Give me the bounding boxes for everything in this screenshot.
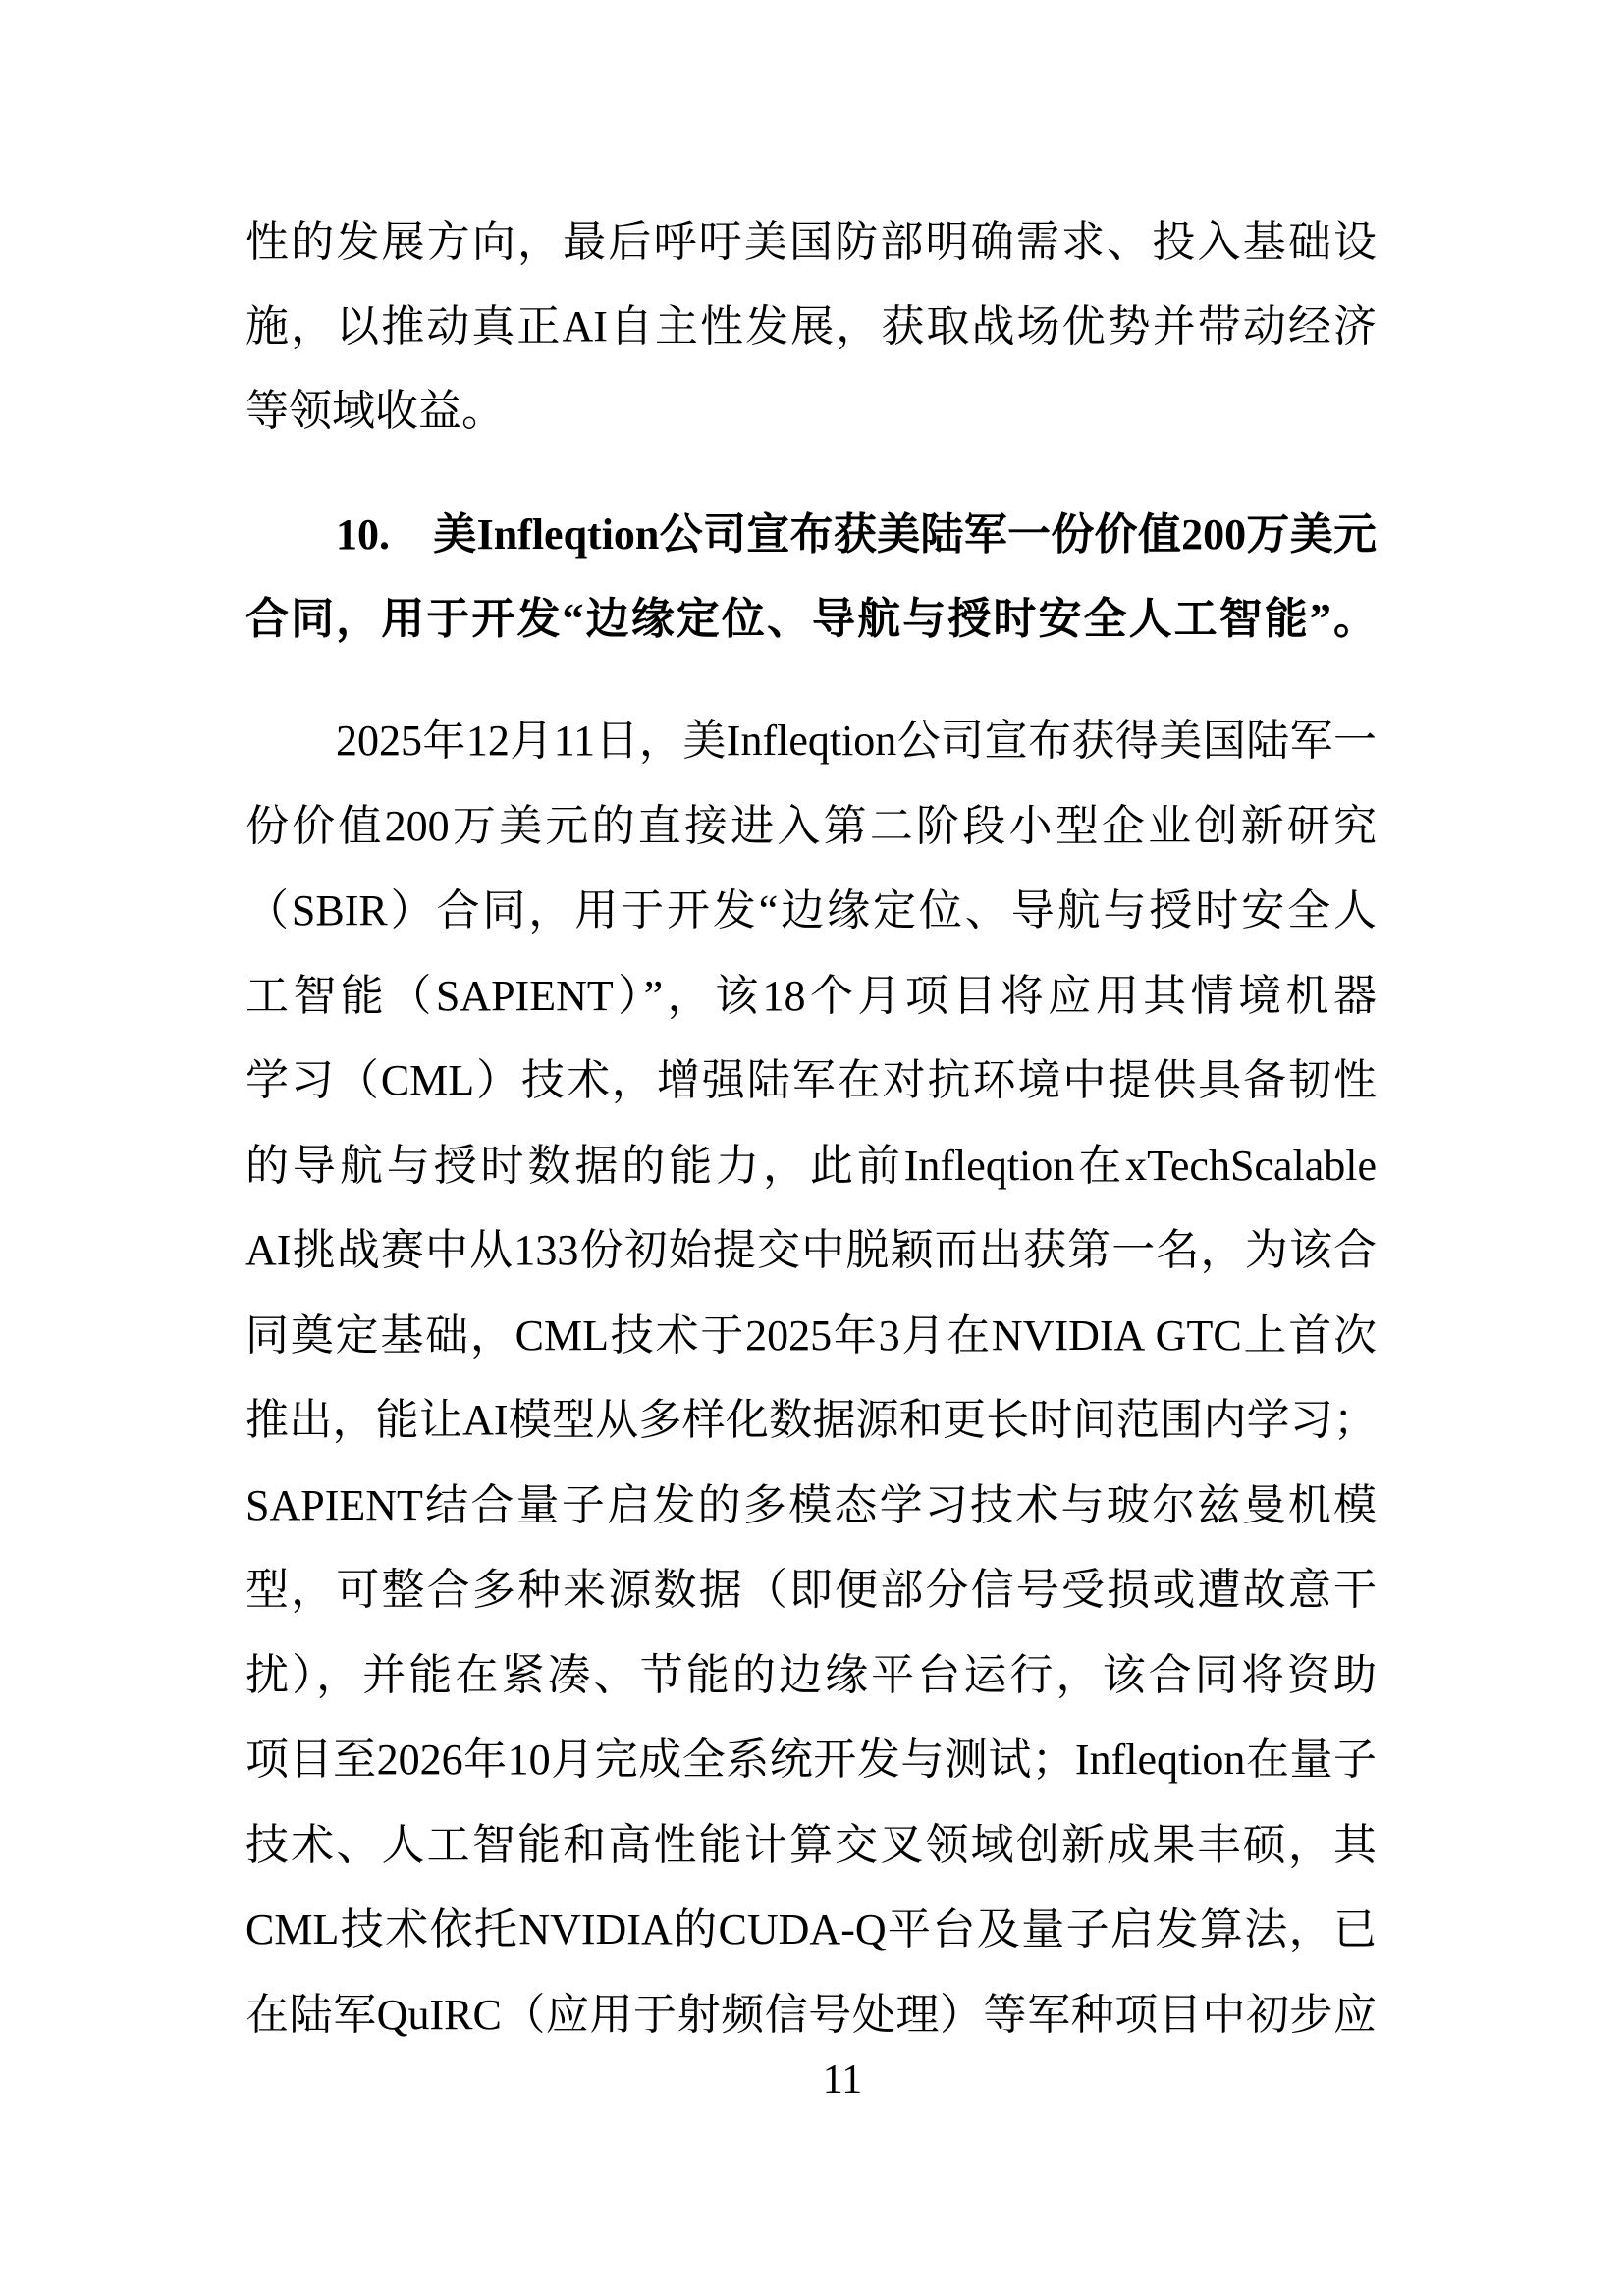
- text-line: 推出，能让AI模型从多样化数据源和更长时间范围内学习；: [245, 1378, 1377, 1464]
- text-line: 在陆军QuIRC（应用于射频信号处理）等军种项目中初步应: [245, 1973, 1377, 2058]
- body-paragraph: 2025年12月11日，美Infleqtion公司宣布获得美国陆军一 份价值20…: [245, 699, 1377, 2057]
- text-line: 2025年12月11日，美Infleqtion公司宣布获得美国陆军一: [245, 699, 1377, 784]
- text-line: 性的发展方向，最后呼吁美国防部明确需求、投入基础设: [245, 200, 1377, 285]
- text-line: 项目至2026年10月完成全系统开发与测试；Infleqtion在量子: [245, 1718, 1377, 1803]
- text-line: 施，以推动真正AI自主性发展，获取战场优势并带动经济: [245, 285, 1377, 369]
- text-line: 技术、人工智能和高性能计算交叉领域创新成果丰硕，其: [245, 1803, 1377, 1889]
- text-line: 工智能（SAPIENT）”，该18个月项目将应用其情境机器: [245, 954, 1377, 1040]
- text-line: 扰），并能在紧凑、节能的边缘平台运行，该合同将资助: [245, 1633, 1377, 1719]
- heading-line: 合同，用于开发“边缘定位、导航与授时安全人工智能”。: [245, 577, 1377, 662]
- text-line: 份价值200万美元的直接进入第二阶段小型企业创新研究: [245, 784, 1377, 870]
- heading-line: 10. 美Infleqtion公司宣布获美陆军一份价值200万美元: [245, 493, 1377, 577]
- section-heading: 10. 美Infleqtion公司宣布获美陆军一份价值200万美元 合同，用于开…: [245, 493, 1377, 662]
- text-line: AI挑战赛中从133份初始提交中脱颖而出获第一名，为该合: [245, 1208, 1377, 1294]
- text-line: SAPIENT结合量子启发的多模态学习技术与玻尔兹曼机模: [245, 1464, 1377, 1549]
- text-line: 学习（CML）技术，增强陆军在对抗环境中提供具备韧性: [245, 1039, 1377, 1124]
- text-line: 同奠定基础，CML技术于2025年3月在NVIDIA GTC上首次: [245, 1294, 1377, 1379]
- text-line: CML技术依托NVIDIA的CUDA-Q平台及量子启发算法，已: [245, 1888, 1377, 1973]
- text-line: 型，可整合多种来源数据（即便部分信号受损或遭故意干: [245, 1548, 1377, 1633]
- document-page: 性的发展方向，最后呼吁美国防部明确需求、投入基础设 施，以推动真正AI自主性发展…: [0, 0, 1624, 2296]
- text-line: 等领域收益。: [245, 369, 1377, 454]
- page-number: 11: [61, 2056, 1624, 2104]
- text-line: 的导航与授时数据的能力，此前Infleqtion在xTechScalable: [245, 1124, 1377, 1209]
- text-line: （SBIR）合同，用于开发“边缘定位、导航与授时安全人: [245, 869, 1377, 954]
- continued-paragraph: 性的发展方向，最后呼吁美国防部明确需求、投入基础设 施，以推动真正AI自主性发展…: [245, 200, 1377, 454]
